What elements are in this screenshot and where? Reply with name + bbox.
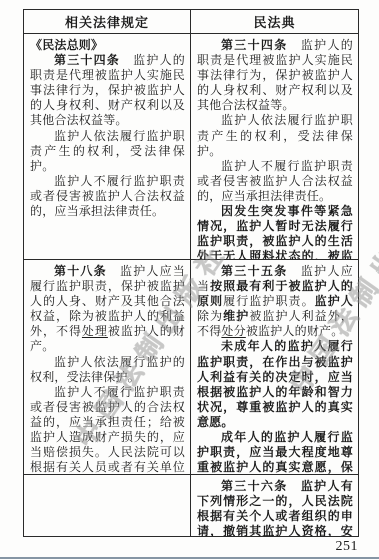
text-run: 监护人不履行监护职责或者侵害被监护人合法权益的，应当承担法律责任。 xyxy=(197,159,353,203)
text-run: 除为 xyxy=(197,309,223,323)
paragraph: 监护人依法履行监护的权利，受法律保护。 xyxy=(30,355,185,385)
text-run: 第三十五条 xyxy=(221,264,288,278)
header-related-laws-label: 相关法律规定 xyxy=(65,12,149,31)
cell-related-row1: 《民法总则》第三十四条 监护人的职责是代理被监护人实施民事法律行为，保护被监护人… xyxy=(24,34,191,260)
text-run: 监护人不履行监护职责或者侵害被监护人合法权益的，应当承担法律责任。 xyxy=(30,174,185,218)
text-run: 第三十六条 xyxy=(221,479,288,493)
cell-civilcode-row3: 第三十六条 监护人有下列情形之一的，人民法院根据有关个人或者组织的申请，撤销其监… xyxy=(191,475,358,536)
book-page: 中国法制出版社 中国法制出版社 相关法律规定 民法典 《民法总则》第三十四条 监… xyxy=(0,0,379,560)
text-run: 第十八条 xyxy=(54,264,107,278)
text-run: 因发生突发事件等紧急情况，监护人暂时无法履行监护职责，被监护人的生活处于无人照料… xyxy=(197,204,353,260)
text-run: 第三十四条 xyxy=(221,38,288,52)
paragraph: 第十八条 监护人应当履行监护职责，保护被监护人的人身、财产及其他合法权益，除为被… xyxy=(30,264,185,355)
text-run: 监护人依法履行监护的权利，受法律保护。 xyxy=(30,355,185,384)
text-run: 监护人依法履行监护职责产生的权利，受法律保护。 xyxy=(30,129,185,173)
cell-related-row2: 第十八条 监护人应当履行监护职责，保护被监护人的人身、财产及其他合法权益，除为被… xyxy=(24,260,191,475)
text-run: 监护人 xyxy=(315,294,353,308)
text-run: 监护人不履行监护职责或者侵害被监护人的合法权益的，应当承担责任；给被监护人造成财… xyxy=(30,385,185,475)
text-run: 处分 xyxy=(221,324,245,338)
paragraph: 因发生突发事件等紧急情况，监护人暂时无法履行监护职责，被监护人的生活处于无人照料… xyxy=(197,204,353,260)
paragraph: 第三十四条 监护人的职责是代理被监护人实施民事法律行为，保护被监护人的人身权利、… xyxy=(30,53,185,128)
cell-civilcode-row1: 第三十四条 监护人的职责是代理被监护人实施民事法律行为，保护被监护人的人身权利、… xyxy=(191,34,358,260)
text-run: 未成年人的监护人履行监护职责，在作出与被监护人利益有关的决定时，应当根据被监护人… xyxy=(197,339,353,428)
paragraph: 监护人依法履行监护职责产生的权利，受法律保护。 xyxy=(30,129,185,174)
page-number: 251 xyxy=(336,539,359,555)
text-run: 处理 xyxy=(82,324,108,338)
paragraph: 第三十六条 监护人有下列情形之一的，人民法院根据有关个人或者组织的申请，撤销其监… xyxy=(197,479,353,536)
text-run: 被监护人的财产。 xyxy=(246,324,344,338)
text-run: 履行监护职责。 xyxy=(223,294,315,308)
paragraph: 监护人不履行监护职责或者侵害被监护人合法权益的，应当承担法律责任。 xyxy=(197,159,353,204)
header-civil-code: 民法典 xyxy=(191,10,358,34)
paragraph: 成年人的监护人履行监护职责，应当最大程度地尊重被监护人的真实意愿，保障并协助被监… xyxy=(197,430,353,475)
paragraph: 第三十五条 监护人应当按照最有利于被监护人的原则履行监护职责。监护人除为维护被监… xyxy=(197,264,353,339)
cell-text: 第三十六条 监护人有下列情形之一的，人民法院根据有关个人或者组织的申请，撤销其监… xyxy=(191,475,358,536)
text-run: 《民法总则》 xyxy=(30,38,103,52)
paragraph: 未成年人的监护人履行监护职责，在作出与被监护人利益有关的决定时，应当根据被监护人… xyxy=(197,339,353,430)
paragraph: 监护人不履行监护职责或者侵害被监护人合法权益的，应当承担法律责任。 xyxy=(30,174,185,219)
text-run: 成年人的监护人履行监护职责，应当最大程度地尊重被监护人的真实意愿，保障并协助被监… xyxy=(197,430,353,475)
paragraph: 监护人依法履行监护职责产生的权利，受法律保护。 xyxy=(197,113,353,158)
cell-text: 第三十五条 监护人应当按照最有利于被监护人的原则履行监护职责。监护人除为维护被监… xyxy=(191,260,358,475)
text-run: 维护 xyxy=(223,309,249,323)
header-civil-code-label: 民法典 xyxy=(253,12,295,31)
paragraph: 第三十四条 监护人的职责是代理被监护人实施民事法律行为，保护被监护人的人身权利、… xyxy=(197,38,353,113)
cell-text: 《民法总则》第三十四条 监护人的职责是代理被监护人实施民事法律行为，保护被监护人… xyxy=(24,34,190,219)
paragraph: 《民法总则》 xyxy=(30,38,185,53)
text-run: 第三十四条 xyxy=(54,53,120,67)
cell-text xyxy=(24,475,190,479)
text-run: 监护人依法履行监护职责产生的权利，受法律保护。 xyxy=(197,113,353,157)
cell-text: 第十八条 监护人应当履行监护职责，保护被监护人的人身、财产及其他合法权益，除为被… xyxy=(24,260,190,475)
cell-civilcode-row2: 第三十五条 监护人应当按照最有利于被监护人的原则履行监护职责。监护人除为维护被监… xyxy=(191,260,358,475)
cell-text: 第三十四条 监护人的职责是代理被监护人实施民事法律行为，保护被监护人的人身权利、… xyxy=(191,34,358,260)
header-related-laws: 相关法律规定 xyxy=(24,10,191,34)
page-bottom-edge xyxy=(0,557,379,559)
paragraph: 监护人不履行监护职责或者侵害被监护人的合法权益的，应当承担责任；给被监护人造成财… xyxy=(30,385,185,475)
cell-related-row3-empty xyxy=(24,475,191,536)
comparison-table: 相关法律规定 民法典 《民法总则》第三十四条 监护人的职责是代理被监护人实施民事… xyxy=(23,9,359,537)
